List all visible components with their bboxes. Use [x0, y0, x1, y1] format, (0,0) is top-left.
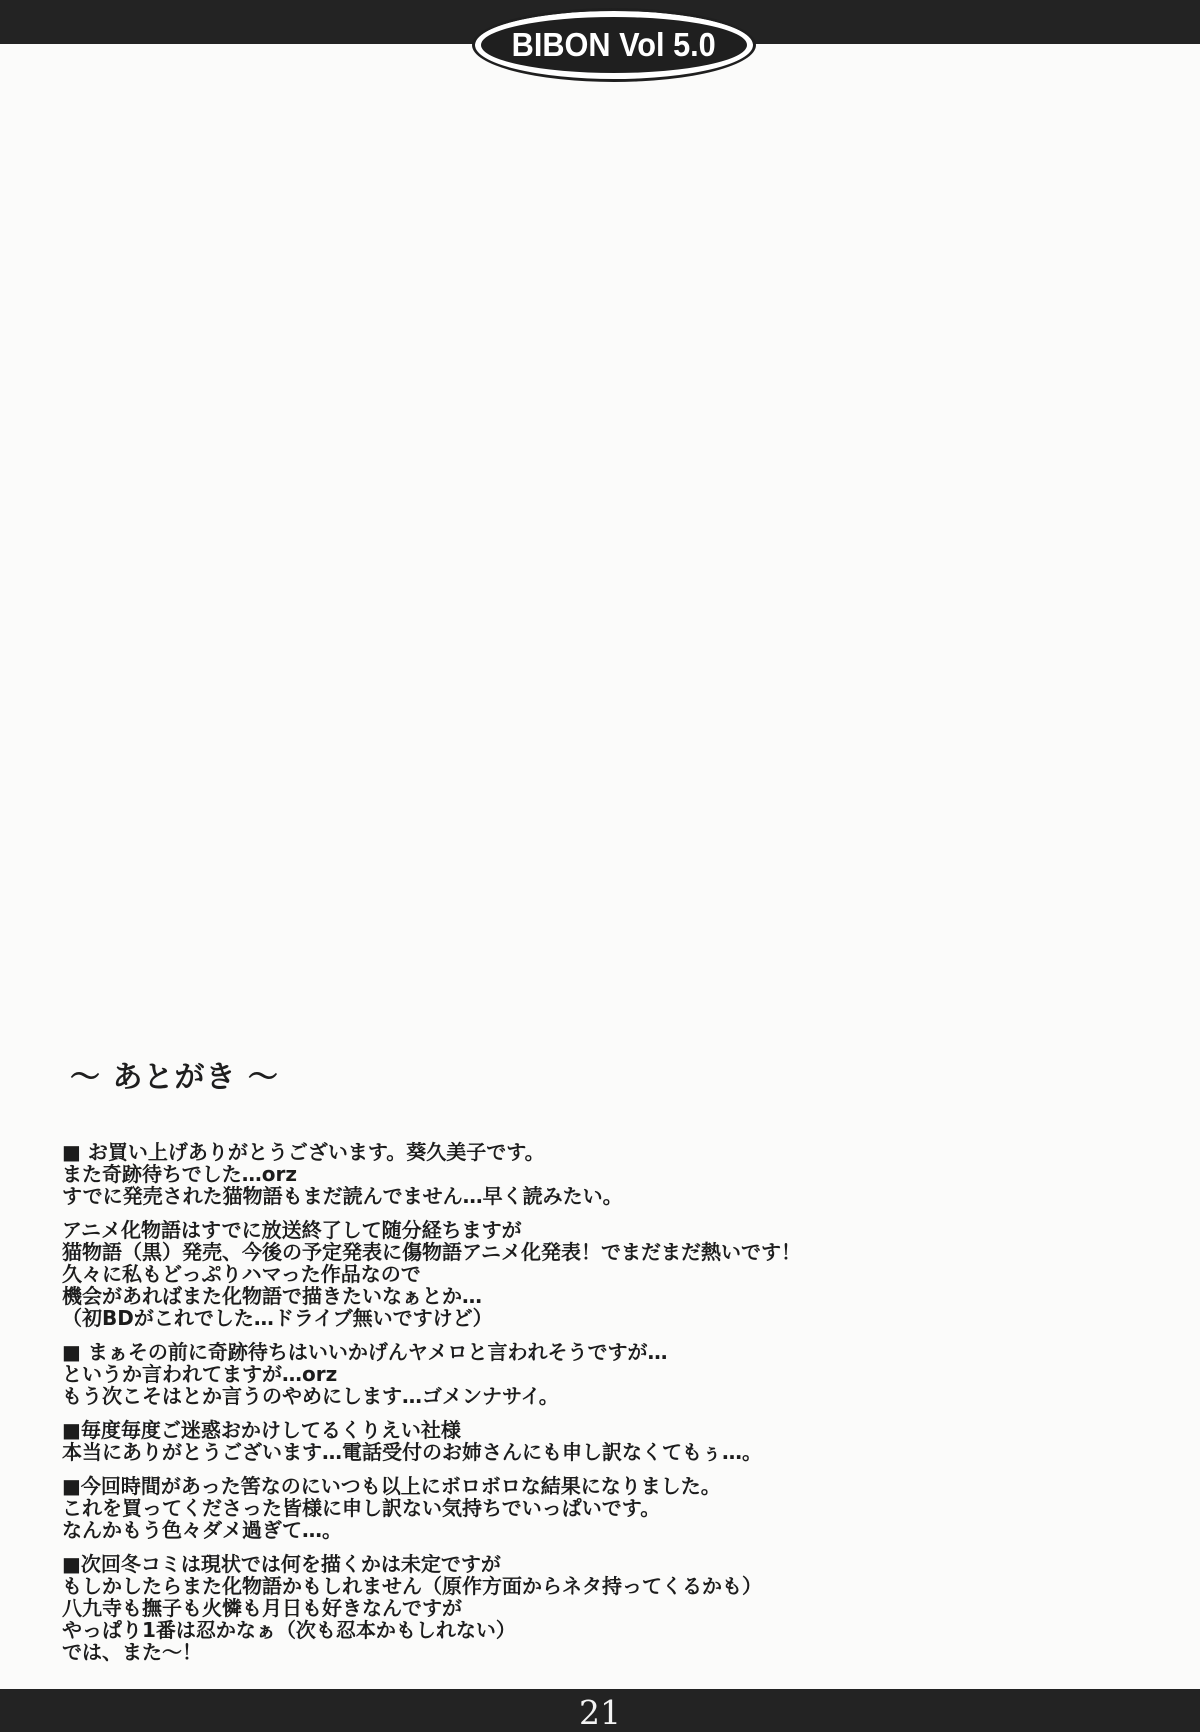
text-line: ■次回冬コミは現状では何を描くかは未定ですが	[62, 1553, 1142, 1575]
bottom-border-bar: 21	[0, 1689, 1200, 1732]
text-line: もう次こそはとか言うのやめにします…ゴメンナサイ。	[62, 1385, 1142, 1407]
text-line: では、また～！	[62, 1641, 1142, 1663]
text-line: 機会があればまた化物語で描きたいなぁとか…	[62, 1285, 1142, 1307]
scanned-doujin-page: BIBON Vol 5.0 ～ あとがき ～ ■ お買い上げありがとうございます…	[0, 0, 1200, 1732]
paragraph-apology-miracle: ■ まぁその前に奇跡待ちはいいかげんヤメロと言われそうですが… というか言われて…	[62, 1341, 1142, 1407]
text-line: 八九寺も撫子も火憐も月日も好きなんですが	[62, 1597, 1142, 1619]
text-line: アニメ化物語はすでに放送終了して随分経ちますが	[62, 1219, 1142, 1241]
text-line: 猫物語（黒）発売、今後の予定発表に傷物語アニメ化発表！でまだまだ熱いです！	[62, 1241, 1142, 1263]
paragraph-result-apology: ■今回時間があった筈なのにいつも以上にボロボロな結果になりました。 これを買って…	[62, 1475, 1142, 1541]
text-line: なんかもう色々ダメ過ぎて…。	[62, 1519, 1142, 1541]
text-line: というか言われてますが…orz	[62, 1363, 1142, 1385]
text-line: すでに発売された猫物語もまだ読んでません…早く読みたい。	[62, 1185, 1142, 1207]
paragraph-next-event: ■次回冬コミは現状では何を描くかは未定ですが もしかしたらまた化物語かもしれませ…	[62, 1553, 1142, 1663]
text-line: 本当にありがとうございます…電話受付のお姉さんにも申し訳なくてもぅ…。	[62, 1441, 1142, 1463]
text-line: また奇跡待ちでした…orz	[62, 1163, 1142, 1185]
paragraph-greeting: ■ お買い上げありがとうございます。葵久美子です。 また奇跡待ちでした…orz …	[62, 1141, 1142, 1207]
paragraph-anime-talk: アニメ化物語はすでに放送終了して随分経ちますが 猫物語（黒）発売、今後の予定発表…	[62, 1219, 1142, 1329]
volume-badge-label: BIBON Vol 5.0	[512, 26, 716, 64]
text-line: ■今回時間があった筈なのにいつも以上にボロボロな結果になりました。	[62, 1475, 1142, 1497]
text-line: （初BDがこれでした…ドライブ無いですけど）	[62, 1307, 1142, 1329]
text-line: ■毎度毎度ご迷惑おかけしてるくりえい社様	[62, 1419, 1142, 1441]
text-line: これを買ってくださった皆様に申し訳ない気持ちでいっぱいです。	[62, 1497, 1142, 1519]
paragraph-thanks-printer: ■毎度毎度ご迷惑おかけしてるくりえい社様 本当にありがとうございます…電話受付の…	[62, 1419, 1142, 1463]
afterword-heading: ～ あとがき ～	[70, 1052, 279, 1096]
text-line: やっぱり1番は忍かなぁ（次も忍本かもしれない）	[62, 1619, 1142, 1641]
volume-badge: BIBON Vol 5.0	[475, 11, 753, 79]
text-line: 久々に私もどっぷりハマった作品なので	[62, 1263, 1142, 1285]
text-line: もしかしたらまた化物語かもしれません（原作方面からネタ持ってくるかも）	[62, 1575, 1142, 1597]
text-line: ■ まぁその前に奇跡待ちはいいかげんヤメロと言われそうですが…	[62, 1341, 1142, 1363]
page-number: 21	[579, 1687, 621, 1732]
afterword-text-block: ■ お買い上げありがとうございます。葵久美子です。 また奇跡待ちでした…orz …	[62, 1141, 1142, 1675]
text-line: ■ お買い上げありがとうございます。葵久美子です。	[62, 1141, 1142, 1163]
